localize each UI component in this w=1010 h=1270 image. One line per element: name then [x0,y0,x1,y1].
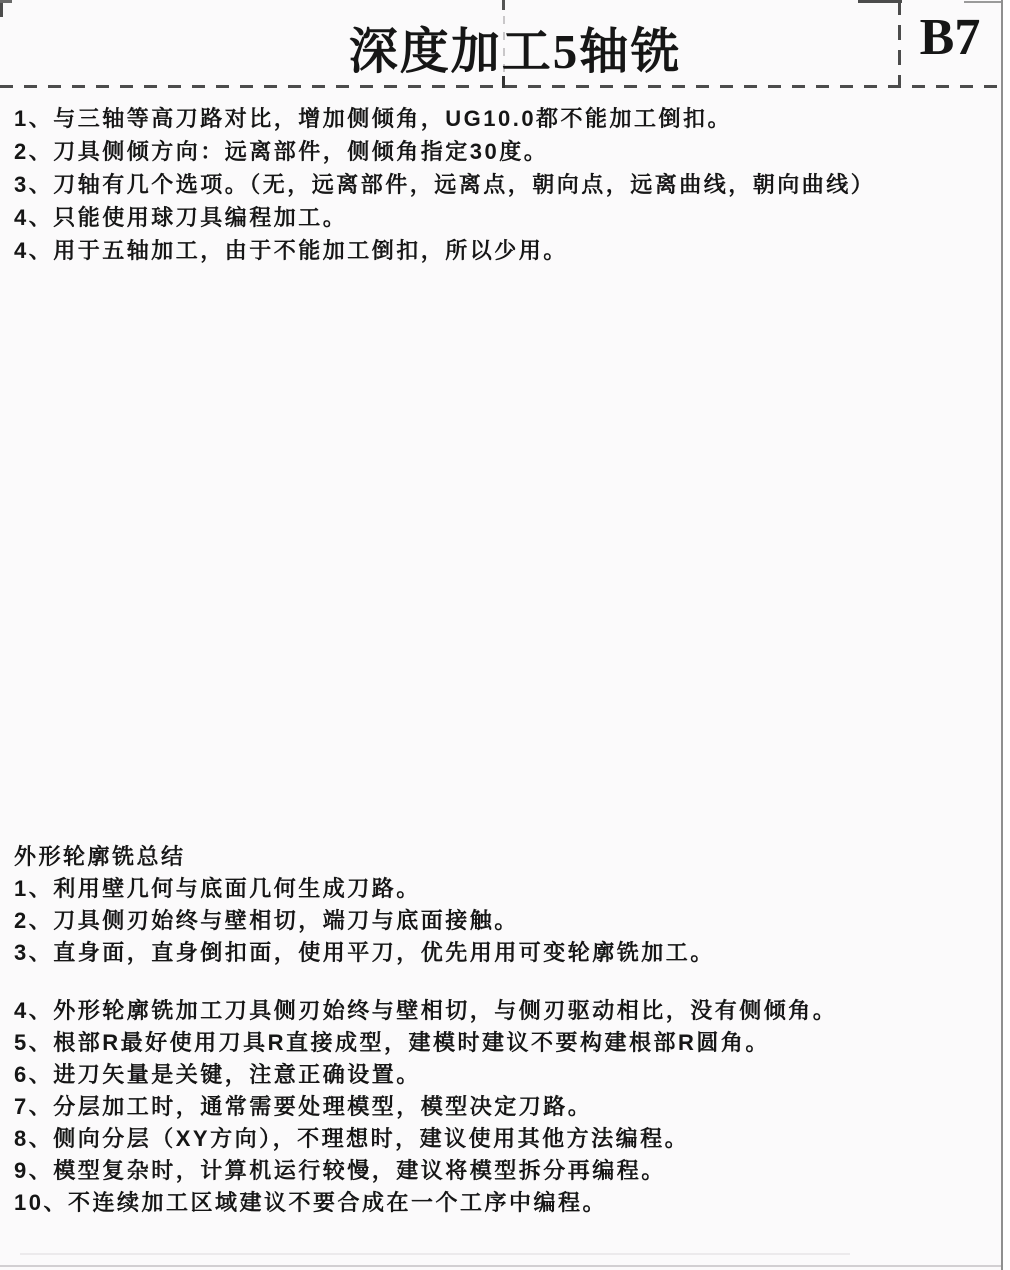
page-bottom-edge [0,1265,1010,1267]
slide-page: 深度加工5轴铣 B7 1、与三轴等高刀路对比，增加侧倾角，UG10.0都不能加工… [0,0,1010,1270]
summary-line: 7、分层加工时，通常需要处理模型，模型决定刀路。 [14,1091,837,1123]
top-edge-dash [858,0,902,3]
summary-section: 外形轮廓铣总结 1、利用壁几何与底面几何生成刀路。 2、刀具侧刃始终与壁相切，端… [14,841,715,969]
page-label: B7 [900,8,1000,67]
note-line: 4、用于五轴加工，由于不能加工倒扣，所以少用。 [14,234,875,267]
bottom-smudge-line [20,1253,850,1255]
top-right-edge-dash [964,1,1002,3]
summary-line: 1、利用壁几何与底面几何生成刀路。 [14,873,715,905]
note-line: 3、刀轴有几个选项。（无，远离部件，远离点，朝向点，远离曲线，朝向曲线） [14,168,875,201]
notes-list: 1、与三轴等高刀路对比，增加侧倾角，UG10.0都不能加工倒扣。 2、刀具侧倾方… [14,102,875,267]
summary-line: 2、刀具侧刃始终与壁相切，端刀与底面接触。 [14,905,715,937]
summary-line: 8、侧向分层（XY方向），不理想时，建议使用其他方法编程。 [14,1123,837,1155]
summary-continued-section: 4、外形轮廓铣加工刀具侧刃始终与壁相切，与侧刃驱动相比，没有侧倾角。 5、根部R… [14,995,837,1219]
page-right-margin [1003,0,1010,1270]
note-line: 4、只能使用球刀具编程加工。 [14,201,875,234]
note-line: 2、刀具侧倾方向：远离部件，侧倾角指定30度。 [14,135,875,168]
summary-heading: 外形轮廓铣总结 [14,841,715,873]
summary-line: 5、根部R最好使用刀具R直接成型，建模时建议不要构建根部R圆角。 [14,1027,837,1059]
summary-line: 10、不连续加工区域建议不要合成在一个工序中编程。 [14,1187,837,1219]
summary-line: 3、直身面，直身倒扣面，使用平刀，优先用用可变轮廓铣加工。 [14,937,715,969]
title-bottom-dashed-divider [0,85,1002,88]
page-title: 深度加工5轴铣 [40,13,990,83]
summary-line: 4、外形轮廓铣加工刀具侧刃始终与壁相切，与侧刃驱动相比，没有侧倾角。 [14,995,837,1027]
summary-line: 6、进刀矢量是关键，注意正确设置。 [14,1059,837,1091]
summary-line: 9、模型复杂时，计算机运行较慢，建议将模型拆分再编程。 [14,1155,837,1187]
note-line: 1、与三轴等高刀路对比，增加侧倾角，UG10.0都不能加工倒扣。 [14,102,875,135]
top-center-tick [502,0,505,10]
top-left-corner-dash-horizontal [0,0,12,3]
